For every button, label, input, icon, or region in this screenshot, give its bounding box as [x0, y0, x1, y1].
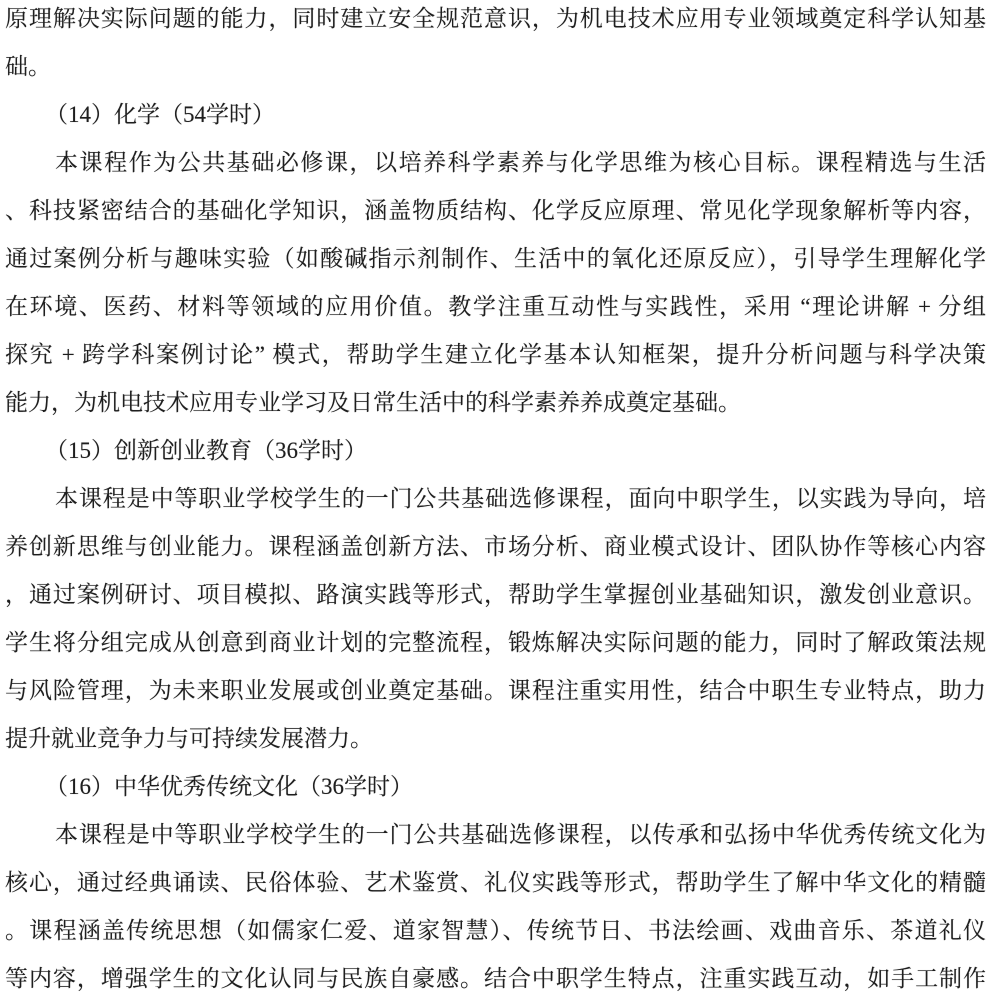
document-page: 原理解决实际问题的能力，同时建立安全规范意识，为机电技术应用专业领域奠定科学认知… [0, 0, 1000, 995]
text-line: 原理解决实际问题的能力，同时建立安全规范意识，为机电技术应用专业领域奠定科学认知… [5, 0, 986, 43]
text-line: 提升就业竞争力与可持续发展潜力。 [5, 715, 986, 763]
text-line: 本课程是中等职业学校学生的一门公共基础选修课程，面向中职学生，以实践为导向，培 [5, 475, 986, 523]
text-line: 本课程作为公共基础必修课，以培养科学素养与化学思维为核心目标。课程精选与生活 [5, 139, 986, 187]
text-line: 能力，为机电技术应用专业学习及日常生活中的科学素养养成奠定基础。 [5, 379, 986, 427]
course-heading-chemistry: （14）化学（54学时） [5, 91, 986, 139]
text-line: 本课程是中等职业学校学生的一门公共基础选修课程，以传承和弘扬中华优秀传统文化为 [5, 811, 986, 859]
course-heading-innovation: （15）创新创业教育（36学时） [5, 427, 986, 475]
text-line: 在环境、医药、材料等领域的应用价值。教学注重互动性与实践性，采用 “理论讲解 +… [5, 283, 986, 331]
text-line: 、科技紧密结合的基础化学知识，涵盖物质结构、化学反应原理、常见化学现象解析等内容… [5, 187, 986, 235]
text-line: 础。 [5, 43, 986, 91]
text-line: 养创新思维与创业能力。课程涵盖创新方法、市场分析、商业模式设计、团队协作等核心内… [5, 523, 986, 571]
text-line: ，通过案例研讨、项目模拟、路演实践等形式，帮助学生掌握创业基础知识，激发创业意识… [5, 571, 986, 619]
text-line: 等内容，增强学生的文化认同与民族自豪感。结合中职学生特点，注重实践互动，如手工制… [5, 955, 986, 995]
text-line: 。课程涵盖传统思想（如儒家仁爱、道家智慧）、传统节日、书法绘画、戏曲音乐、茶道礼… [5, 907, 986, 955]
text-line: 学生将分组完成从创意到商业计划的完整流程，锻炼解决实际问题的能力，同时了解政策法… [5, 619, 986, 667]
text-line: 探究 + 跨学科案例讨论” 模式，帮助学生建立化学基本认知框架，提升分析问题与科… [5, 331, 986, 379]
text-line: 核心，通过经典诵读、民俗体验、艺术鉴赏、礼仪实践等形式，帮助学生了解中华文化的精… [5, 859, 986, 907]
course-heading-traditional-culture: （16）中华优秀传统文化（36学时） [5, 763, 986, 811]
text-line: 通过案例分析与趣味实验（如酸碱指示剂制作、生活中的氧化还原反应），引导学生理解化… [5, 235, 986, 283]
text-line: 与风险管理，为未来职业发展或创业奠定基础。课程注重实用性，结合中职生专业特点，助… [5, 667, 986, 715]
